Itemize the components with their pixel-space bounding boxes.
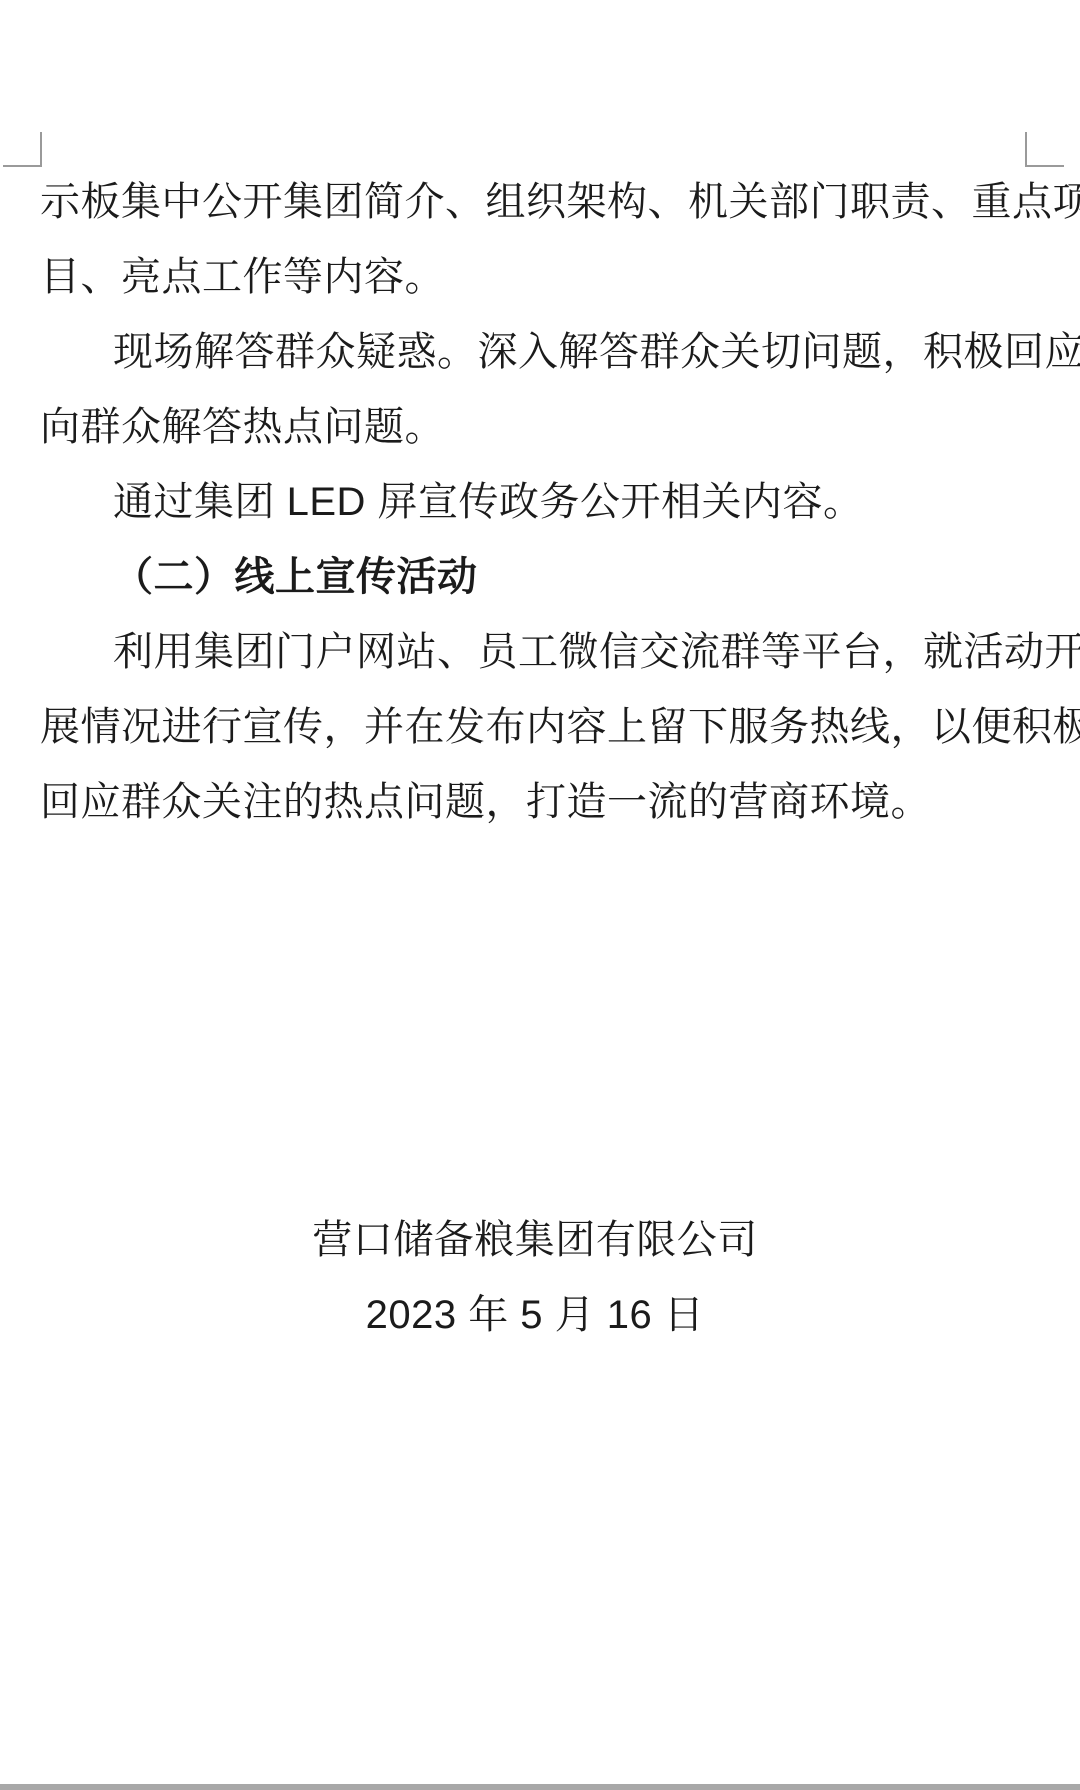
document-body: 示板集中公开集团简介、组织架构、机关部门职责、重点项目、亮点工作等内容。现场解答… xyxy=(40,165,1030,840)
page-bottom-edge xyxy=(0,1784,1080,1790)
text-line: （二）线上宣传活动 xyxy=(40,540,1030,615)
signature-block: 营口储备粮集团有限公司 2023 年 5 月 16 日 xyxy=(40,1203,1030,1353)
text-line: 示板集中公开集团简介、组织架构、机关部门职责、重点项 xyxy=(40,165,1030,240)
signature-date: 2023 年 5 月 16 日 xyxy=(40,1278,1030,1353)
signature-organization: 营口储备粮集团有限公司 xyxy=(40,1203,1030,1278)
text-line: 回应群众关注的热点问题，打造一流的营商环境。 xyxy=(40,765,1030,840)
text-boundary-mark-top-left xyxy=(3,132,42,167)
text-boundary-mark-top-right xyxy=(1025,132,1064,167)
text-line: 利用集团门户网站、员工微信交流群等平台，就活动开 xyxy=(40,615,1030,690)
text-line: 通过集团 LED 屏宣传政务公开相关内容。 xyxy=(40,465,1030,540)
text-line: 展情况进行宣传，并在发布内容上留下服务热线，以便积极 xyxy=(40,690,1030,765)
text-line: 目、亮点工作等内容。 xyxy=(40,240,1030,315)
text-line: 向群众解答热点问题。 xyxy=(40,390,1030,465)
document-page: 示板集中公开集团简介、组织架构、机关部门职责、重点项目、亮点工作等内容。现场解答… xyxy=(0,0,1080,1790)
text-line: 现场解答群众疑惑。深入解答群众关切问题，积极回应， xyxy=(40,315,1030,390)
